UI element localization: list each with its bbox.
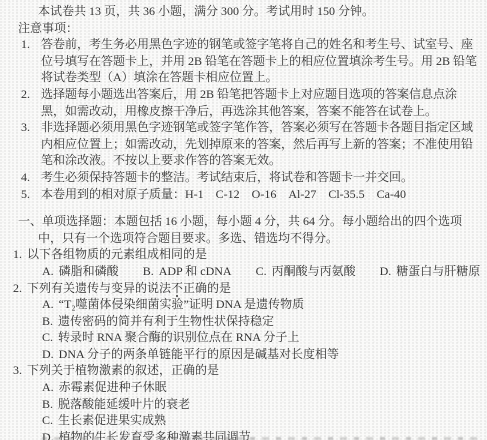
question-1: 1.以下各组物质的元素组成相同的是 A.磷脂和磷酸B.ADP 和 cDNAC.丙…: [13, 246, 477, 279]
notice-item-3: 3. 非选择题必须用黑色字迹钢笔或签字笔作答，答案必须写在答题卡各题目指定区域内…: [18, 119, 477, 169]
option-text: 丙酮酸与丙氨酸: [272, 264, 356, 278]
notice-number: 3.: [18, 119, 41, 169]
question-1-options: A.磷脂和磷酸B.ADP 和 cDNAC.丙酮酸与丙氨酸D.糖蛋白与肝糖原: [42, 263, 477, 280]
option-c: C.丙酮酸与丙氨酸: [256, 264, 356, 278]
option-text: DNA 分子的两条单链能平行的原因是碱基对长度相等: [59, 347, 339, 361]
notice-title: 注意事项：: [18, 20, 477, 37]
option-label: B.: [143, 264, 154, 278]
notice-item-1: 1. 答卷前，考生务必用黑色字迹的钢笔或签字笔将自己的姓名和考生号、试室号、座位…: [18, 36, 477, 86]
question-stem-text: 下列有关遗传与变异的说法: [27, 281, 171, 295]
option-label: D.: [42, 347, 54, 361]
question-number: 1.: [13, 247, 22, 261]
option-a: A.磷脂和磷酸: [42, 264, 119, 278]
atomic-mass-line: 本卷用到的相对原子质量：H-1 C-12 O-16 Al-27 Cl-35.5 …: [41, 186, 477, 203]
question-stem-text: 以下各组物质的元素组成相同的是: [27, 247, 207, 261]
notice-text: 答卷前，考生务必用黑色字迹的钢笔或签字笔将自己的姓名和考生号、试室号、座位号填写…: [41, 36, 477, 86]
notice-text: 选择题每小题选出答案后，用 2B 铅笔把答题卡上对应题目选项的答案信息点涂黑，如…: [41, 86, 477, 119]
option-text: 生长素促进果实成熟: [58, 413, 166, 427]
option-a: A.赤霉素促进种子休眠: [42, 379, 477, 396]
option-label: A.: [42, 380, 54, 394]
question-3-stem: 3.下列关于植物激素的叙述，正确的是: [13, 362, 477, 379]
option-c: C.转录时 RNA 聚合酶的识别位点在 RNA 分子上: [42, 329, 477, 346]
option-label: B.: [42, 397, 53, 411]
question-stem-text: 下列关于植物激素的叙述，正确的是: [27, 363, 219, 377]
option-text: 脱落酸能延缓叶片的衰老: [58, 397, 190, 411]
option-text: 赤霉素促进种子休眠: [59, 380, 167, 394]
option-text: “T₂噬菌体侵染细菌实验”证明 DNA 是遗传物质: [59, 297, 305, 311]
option-text: ADP 和 cDNA: [159, 264, 232, 278]
notice-item-5: 5. 本卷用到的相对原子质量：H-1 C-12 O-16 Al-27 Cl-35…: [18, 186, 477, 203]
option-label: A.: [42, 264, 54, 278]
notice-list: 1. 答卷前，考生务必用黑色字迹的钢笔或签字笔将自己的姓名和考生号、试室号、座位…: [18, 36, 477, 202]
question-stem-text: 正确的是: [183, 281, 231, 295]
notice-item-4: 4. 考生必须保持答题卡的整洁。考试结束后，将试卷和答题卡一并交回。: [18, 169, 477, 186]
option-text: 糖蛋白与肝糖原: [396, 264, 480, 278]
option-text: 磷脂和磷酸: [59, 264, 119, 278]
question-2: 2.下列有关遗传与变异的说法不正确的是 A.“T₂噬菌体侵染细菌实验”证明 DN…: [13, 280, 477, 363]
section-header: 一、单项选择题：本题包括 16 小题，每小题 4 分，共 64 分。每小题给出的…: [18, 213, 477, 246]
option-d: D.糖蛋白与肝糖原: [380, 264, 481, 278]
question-3: 3.下列关于植物激素的叙述，正确的是 A.赤霉素促进种子休眠 B.脱落酸能延缓叶…: [13, 362, 477, 440]
notice-text: 考生必须保持答题卡的整洁。考试结束后，将试卷和答题卡一并交回。: [41, 169, 477, 186]
exam-summary-line: 本试卷共 13 页，共 36 小题，满分 300 分。考试用时 150 分钟。: [18, 3, 477, 20]
option-c: C.生长素促进果实成熟: [42, 412, 477, 429]
emphasized-char: 不: [171, 281, 183, 295]
option-label: D.: [380, 264, 392, 278]
notice-number: 2.: [18, 86, 41, 119]
notice-number: 1.: [18, 36, 41, 86]
question-number: 3.: [13, 363, 22, 377]
option-b: B.ADP 和 cDNA: [143, 264, 232, 278]
question-number: 2.: [13, 281, 22, 295]
option-label: A.: [42, 297, 54, 311]
option-label: B.: [42, 314, 53, 328]
option-label: C.: [42, 330, 53, 344]
option-a: A.“T₂噬菌体侵染细菌实验”证明 DNA 是遗传物质: [42, 296, 477, 313]
option-b: B.遗传密码的简并有利于生物性状保持稳定: [42, 313, 477, 330]
notice-item-2: 2. 选择题每小题选出答案后，用 2B 铅笔把答题卡上对应题目选项的答案信息点涂…: [18, 86, 477, 119]
notice-text: 非选择题必须用黑色字迹钢笔或签字笔作答，答案必须写在答题卡各题目指定区域内相应位…: [41, 119, 477, 169]
option-text: 遗传密码的简并有利于生物性状保持稳定: [58, 314, 274, 328]
notice-number: 4.: [18, 169, 41, 186]
option-d: D.DNA 分子的两条单链能平行的原因是碱基对长度相等: [42, 346, 477, 363]
option-label: C.: [42, 413, 53, 427]
option-label: C.: [256, 264, 267, 278]
option-text: 转录时 RNA 聚合酶的识别位点在 RNA 分子上: [58, 330, 299, 344]
question-1-stem: 1.以下各组物质的元素组成相同的是: [13, 246, 477, 263]
exam-paper-page: 本试卷共 13 页，共 36 小题，满分 300 分。考试用时 150 分钟。 …: [0, 0, 487, 440]
option-b: B.脱落酸能延缓叶片的衰老: [42, 396, 477, 413]
question-2-stem: 2.下列有关遗传与变异的说法不正确的是: [13, 280, 477, 297]
notice-number: 5.: [18, 186, 41, 203]
